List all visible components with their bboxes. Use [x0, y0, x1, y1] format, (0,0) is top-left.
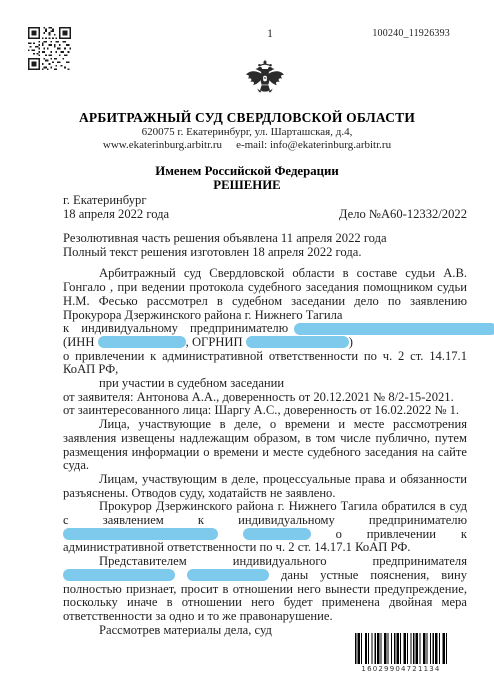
applicant-representative-line: от заявителя: Антонова А.А., доверенност…: [63, 391, 467, 405]
court-email: e-mail: info@ekaterinburg.arbitr.ru: [236, 139, 391, 151]
respondent-line: к индивидуальному предпринимателю: [63, 322, 467, 336]
court-composition-paragraph: Арбитражный суд Свердловской области в с…: [63, 267, 467, 322]
barcode-icon: [355, 633, 447, 664]
rights-paragraph: Лицам, участвующим в деле, процессуальны…: [63, 473, 467, 500]
redaction-entrepreneur-name-4: [187, 569, 269, 581]
representative-text-1: Представителем индивидуального предприни…: [99, 554, 467, 568]
paren-close: ): [349, 335, 353, 349]
prosecutor-text-1: Прокурор Дзержинского района г. Нижнего …: [63, 499, 467, 527]
document-id: 100240_11926393: [352, 28, 450, 39]
barcode-number: 16029904721134: [355, 665, 447, 673]
notice-paragraph: Лица, участвующие в деле, о времени и ме…: [63, 418, 467, 473]
court-name: АРБИТРАЖНЫЙ СУД СВЕРДЛОВСКОЙ ОБЛАСТИ: [0, 110, 494, 126]
resolutive-part-line: Резолютивная часть решения объявлена 11 …: [63, 232, 467, 246]
court-header: АРБИТРАЖНЫЙ СУД СВЕРДЛОВСКОЙ ОБЛАСТИ 620…: [0, 110, 494, 192]
case-number: Дело №А60-12332/2022: [339, 207, 467, 221]
decision-body: Резолютивная часть решения объявлена 11 …: [63, 232, 467, 637]
ogrnip-label: , ОГРНИП: [186, 335, 243, 349]
document-type-title: РЕШЕНИЕ: [0, 178, 494, 192]
case-meta: г. Екатеринбург 18 апреля 2022 года Дело…: [63, 193, 467, 221]
participation-line: при участии в судебном заседании: [63, 377, 467, 391]
scanned-court-decision-page: 1 100240_11926393: [0, 0, 494, 700]
charge-paragraph: о привлечении к административной ответст…: [63, 350, 467, 377]
redaction-entrepreneur-name-1: [63, 528, 218, 540]
city-line: г. Екатеринбург: [63, 193, 467, 207]
barcode-block: 16029904721134: [355, 633, 447, 673]
redaction-entrepreneur-name-3: [63, 569, 175, 581]
court-website: www.ekaterinburg.arbitr.ru: [103, 139, 222, 151]
redaction-ogrnip: [246, 336, 349, 348]
prosecutor-paragraph: Прокурор Дзержинского района г. Нижнего …: [63, 500, 467, 555]
page-number: 1: [258, 28, 282, 40]
court-address: 620075 г. Екатеринбург, ул. Шарташская, …: [0, 126, 494, 139]
inn-label: (ИНН: [63, 335, 94, 349]
decision-date: 18 апреля 2022 года: [63, 207, 169, 221]
in-name-of-line: Именем Российской Федерации: [0, 164, 494, 178]
respondent-label: к индивидуальному предпринимателю: [63, 322, 288, 336]
court-contacts: www.ekaterinburg.arbitr.rue-mail: info@e…: [0, 139, 494, 152]
redaction-inn: [98, 336, 186, 348]
full-text-line: Полный текст решения изготовлен 18 апрел…: [63, 246, 467, 260]
qr-code-icon: [28, 27, 71, 70]
inn-ogrnip-line: (ИНН , ОГРНИП ): [63, 336, 467, 350]
redaction-entrepreneur-name-2: [243, 528, 311, 540]
representative-paragraph: Представителем индивидуального предприни…: [63, 555, 467, 624]
interested-representative-line: от заинтересованного лица: Шаргу А.С., д…: [63, 404, 467, 418]
redaction-respondent-name: [294, 323, 494, 335]
coat-of-arms-icon: [244, 56, 286, 102]
